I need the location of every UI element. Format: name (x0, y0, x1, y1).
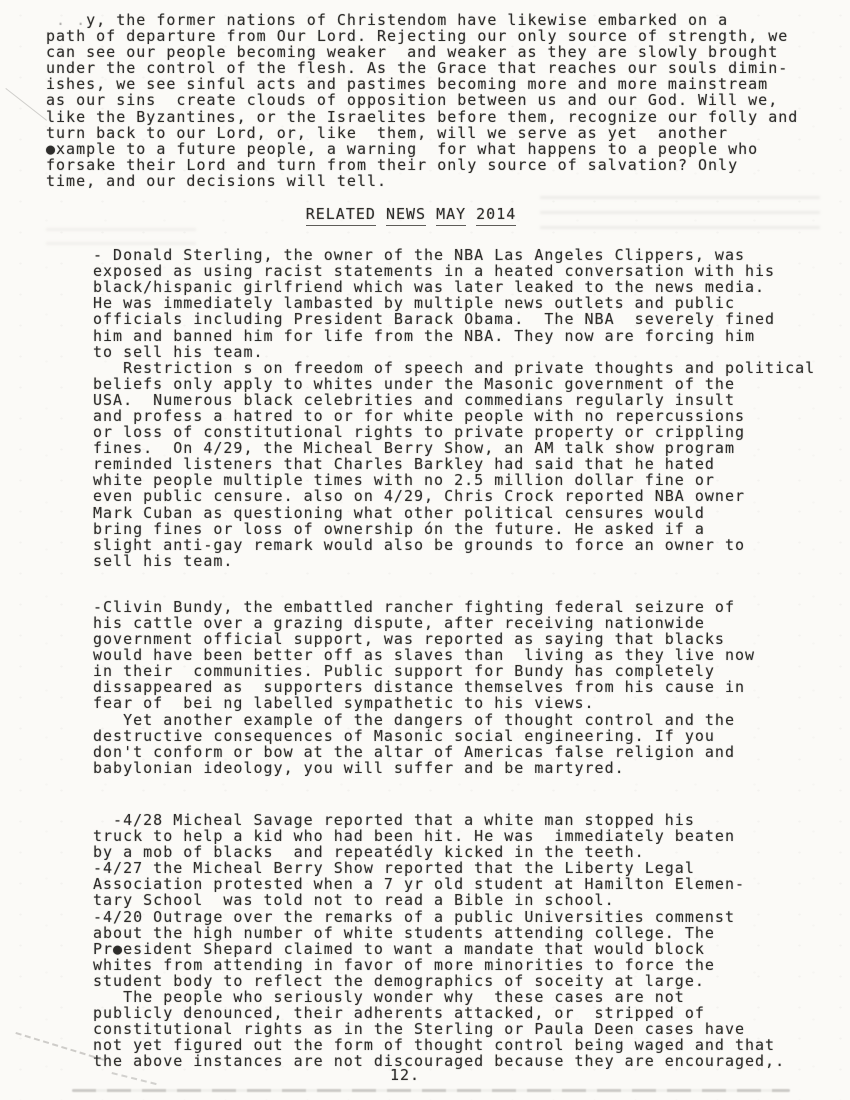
text-line: babylonian ideology, you will suffer and… (93, 760, 826, 776)
text-line: student body to reflect the demographics… (93, 973, 826, 989)
heading-word: NEWS (386, 205, 426, 226)
intro-first-line: . .y, the former nations of Christendom … (46, 12, 822, 28)
text-line: -4/27 the Micheal Berry Show reported th… (93, 860, 826, 876)
text-line: - Donald Sterling, the owner of the NBA … (93, 247, 826, 263)
text-line: Mark Cuban as questioning what other pol… (93, 505, 826, 521)
paragraph-bundy: -Clivin Bundy, the embattled rancher fig… (93, 599, 826, 712)
text-line: sell his team. (93, 553, 826, 569)
paragraph-thought-control: Yet another example of the dangers of th… (93, 712, 826, 776)
text-line: truck to help a kid who had been hit. He… (93, 828, 826, 844)
text-line: Yet another example of the dangers of th… (93, 712, 826, 728)
text-line: He was immediately lambasted by multiple… (93, 295, 826, 311)
text-line: The people who seriously wonder why thes… (93, 989, 826, 1005)
text-line: ishes, we see sinful acts and pastimes b… (46, 76, 822, 92)
text-line: by a mob of blacks and repeatédly kicked… (93, 844, 826, 860)
text-line: forsake their Lord and turn from their o… (46, 157, 822, 173)
text-line: beliefs only apply to whites under the M… (93, 376, 826, 392)
page-number: 12. (0, 1066, 810, 1084)
heading-word: MAY (436, 205, 466, 226)
section-heading: RELATEDNEWSMAY2014 (301, 205, 522, 223)
heading-word: RELATED (306, 205, 376, 226)
text-line: exposed as using racist statements in a … (93, 263, 826, 279)
intro-paragraph: . .y, the former nations of Christendom … (0, 0, 850, 189)
section-heading-row: RELATEDNEWSMAY2014 (0, 205, 850, 227)
text-line: under the control of the flesh. As the G… (46, 60, 822, 76)
scanned-document-page: . .y, the former nations of Christendom … (0, 0, 850, 1100)
text-line: dissappeared as supporters distance them… (93, 679, 826, 695)
text-line: time, and our decisions will tell. (46, 173, 822, 189)
text-line: ●xample to a future people, a warning fo… (46, 141, 822, 157)
text-line: can see our people becoming weaker and w… (46, 44, 822, 60)
news-section: - Donald Sterling, the owner of the NBA … (93, 247, 826, 1069)
scan-smudge-band (72, 1089, 790, 1092)
text-line: fines. On 4/29, the Micheal Berry Show, … (93, 440, 826, 456)
text-line: reminded listeners that Charles Barkley … (93, 456, 826, 472)
text-line: destructive consequences of Masonic soci… (93, 728, 826, 744)
text-line: USA. Numerous black celebrities and comm… (93, 392, 826, 408)
faded-text-fragment: . . (46, 11, 86, 29)
text-line: whites from attending in favor of more m… (93, 957, 826, 973)
heading-word: 2014 (476, 205, 516, 226)
text-line: black/hispanic girlfriend which was late… (93, 279, 826, 295)
text-line: like the Byzantines, or the Israelites b… (46, 109, 822, 125)
text-line: slight anti-gay remark would also be gro… (93, 537, 826, 553)
text-line: him and banned him for life from the NBA… (93, 328, 826, 344)
text-line: path of departure from Our Lord. Rejecti… (46, 28, 822, 44)
fold-crease-artifact (15, 1032, 104, 1061)
text-line: even public censure. also on 4/29, Chris… (93, 488, 826, 504)
text-line: about the high number of white students … (93, 925, 826, 941)
text-line: white people multiple times with no 2.5 … (93, 472, 826, 488)
text-line: turn back to our Lord, or, like them, wi… (46, 125, 822, 141)
text-line: -Clivin Bundy, the embattled rancher fig… (93, 599, 826, 615)
text-line: government official support, was reporte… (93, 631, 826, 647)
text-line: to sell his team. (93, 344, 826, 360)
intro-lines: path of departure from Our Lord. Rejecti… (46, 28, 822, 189)
paragraph-dated-items: -4/28 Micheal Savage reported that a whi… (93, 812, 826, 989)
text-line: officials including President Barack Oba… (93, 311, 826, 327)
text-line: don't conform or bow at the altar of Ame… (93, 744, 826, 760)
text-line: his cattle over a grazing dispute, after… (93, 615, 826, 631)
paragraph-sterling: - Donald Sterling, the owner of the NBA … (93, 247, 826, 360)
text-line: in their communities. Public support for… (93, 663, 826, 679)
text-line: publicly denounced, their adherents atta… (93, 1005, 826, 1021)
text-line: -4/20 Outrage over the remarks of a publ… (93, 909, 826, 925)
paragraph-people: The people who seriously wonder why thes… (93, 989, 826, 1069)
paragraph-restrictions: Restriction s on freedom of speech and p… (93, 360, 826, 569)
text-line: constitutional rights as in the Sterling… (93, 1021, 826, 1037)
text-line: Restriction s on freedom of speech and p… (93, 360, 826, 376)
text-line: Pr●esident Shepard claimed to want a man… (93, 941, 826, 957)
text-line: and profess a hatred to or for white peo… (93, 408, 826, 424)
text-line: or loss of constitutional rights to priv… (93, 424, 826, 440)
text-line: -4/28 Micheal Savage reported that a whi… (93, 812, 826, 828)
text-line: bring fines or loss of ownership ón the … (93, 521, 826, 537)
text-line: not yet figured out the form of thought … (93, 1037, 826, 1053)
text-line: tary School was told not to read a Bible… (93, 892, 826, 908)
text-line: fear of bei ng labelled sympathetic to h… (93, 695, 826, 711)
text-line: as our sins create clouds of opposition … (46, 92, 822, 108)
text-line: would have been better off as slaves tha… (93, 647, 826, 663)
text-line: Association protested when a 7 yr old st… (93, 876, 826, 892)
